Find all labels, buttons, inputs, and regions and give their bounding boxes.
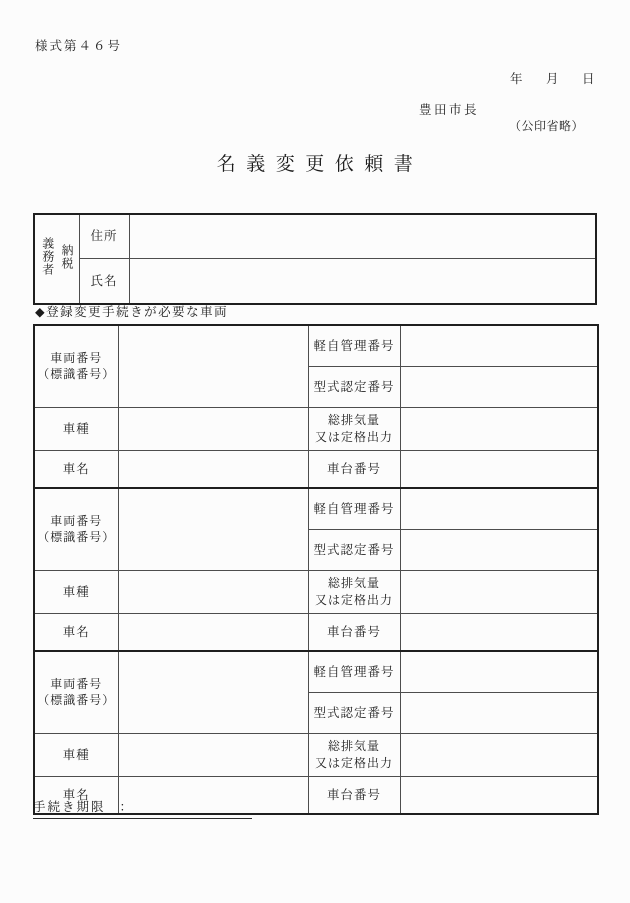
vehicle-type-field[interactable] xyxy=(118,408,308,451)
light-vehicle-mgmt-number-label: 軽自管理番号 xyxy=(308,488,400,530)
chassis-number-field[interactable] xyxy=(400,614,598,652)
deadline-label: 手続き期限 xyxy=(33,797,106,815)
vehicle-number-label: 車両番号（標識番号） xyxy=(34,325,118,408)
light-vehicle-mgmt-number-field[interactable] xyxy=(400,325,598,367)
chassis-number-field[interactable] xyxy=(400,777,598,815)
displacement-label: 総排気量又は定格出力 xyxy=(308,408,400,451)
taxpayer-group-label: 納税義務者 xyxy=(34,214,79,304)
vehicle-name-field[interactable] xyxy=(118,451,308,489)
model-certification-number-label: 型式認定番号 xyxy=(308,530,400,571)
vehicle-name-field[interactable] xyxy=(118,614,308,652)
vehicle-type-field[interactable] xyxy=(118,734,308,777)
page-title: 名義変更依頼書 xyxy=(0,149,630,176)
vehicle-number-label: 車両番号（標識番号） xyxy=(34,651,118,734)
addressee: 豊田市長 xyxy=(419,100,479,118)
light-vehicle-mgmt-number-label: 軽自管理番号 xyxy=(308,651,400,693)
displacement-field[interactable] xyxy=(400,571,598,614)
taxpayer-table: 納税義務者 住所 氏名 xyxy=(33,213,597,305)
vehicle-name-label: 車名 xyxy=(34,614,118,652)
displacement-label: 総排気量又は定格出力 xyxy=(308,571,400,614)
displacement-field[interactable] xyxy=(400,734,598,777)
taxpayer-group-label-text: 納税義務者 xyxy=(38,237,76,276)
light-vehicle-mgmt-number-field[interactable] xyxy=(400,488,598,530)
chassis-number-field[interactable] xyxy=(400,451,598,489)
date-line: 年 月 日 xyxy=(510,69,600,87)
form-number: 様式第４６号 xyxy=(35,36,122,54)
light-vehicle-mgmt-number-label: 軽自管理番号 xyxy=(308,325,400,367)
deadline-row: 手続き期限 ： xyxy=(33,800,252,819)
vehicle-number-field[interactable] xyxy=(118,325,308,408)
vehicle-type-label: 車種 xyxy=(34,734,118,777)
vehicle-type-field[interactable] xyxy=(118,571,308,614)
light-vehicle-mgmt-number-field[interactable] xyxy=(400,651,598,693)
chassis-number-label: 車台番号 xyxy=(308,777,400,815)
address-field[interactable] xyxy=(129,214,596,259)
vehicle-type-label: 車種 xyxy=(34,408,118,451)
model-certification-number-label: 型式認定番号 xyxy=(308,693,400,734)
name-label: 氏名 xyxy=(79,259,129,305)
chassis-number-label: 車台番号 xyxy=(308,614,400,652)
vehicle-number-field[interactable] xyxy=(118,651,308,734)
section-heading: ◆登録変更手続きが必要な車両 xyxy=(35,302,228,320)
model-certification-number-field[interactable] xyxy=(400,530,598,571)
name-field[interactable] xyxy=(129,259,596,305)
seal-note: （公印省略） xyxy=(509,117,584,134)
vehicle-number-field[interactable] xyxy=(118,488,308,571)
vehicle-table: 車両番号（標識番号） 軽自管理番号 型式認定番号 車種 総排気量又は定格出力 車… xyxy=(33,324,599,815)
model-certification-number-field[interactable] xyxy=(400,693,598,734)
vehicle-number-label: 車両番号（標識番号） xyxy=(34,488,118,571)
deadline-colon: ： xyxy=(120,797,135,815)
address-label: 住所 xyxy=(79,214,129,259)
chassis-number-label: 車台番号 xyxy=(308,451,400,489)
model-certification-number-label: 型式認定番号 xyxy=(308,367,400,408)
vehicle-type-label: 車種 xyxy=(34,571,118,614)
vehicle-name-label: 車名 xyxy=(34,451,118,489)
displacement-label: 総排気量又は定格出力 xyxy=(308,734,400,777)
model-certification-number-field[interactable] xyxy=(400,367,598,408)
displacement-field[interactable] xyxy=(400,408,598,451)
